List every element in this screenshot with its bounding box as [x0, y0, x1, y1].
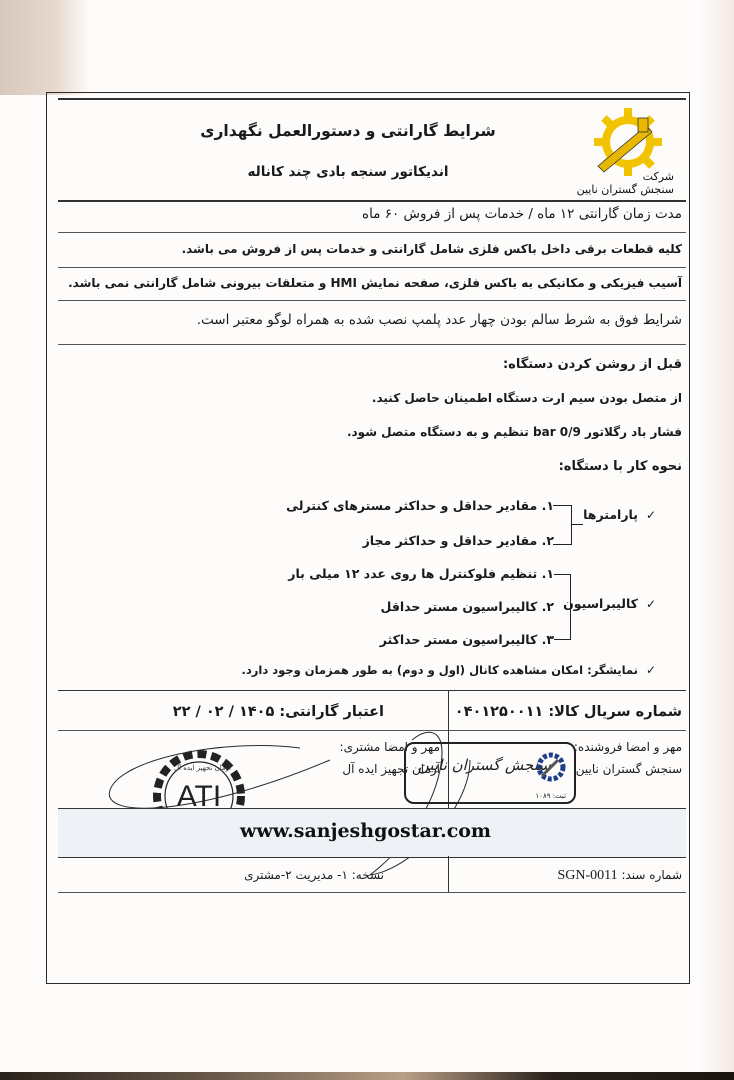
warranty-duration: مدت زمان گارانتی ۱۲ ماه / خدمات پس از فر… [362, 206, 682, 222]
column-divider [448, 856, 449, 892]
check-icon: ✓ [646, 508, 656, 522]
group-label: پارامترها [583, 507, 638, 522]
seller-stamp-reg: ثبت: ۱۰۸۹ [535, 792, 566, 800]
warranty-expiry: اعتبار گارانتی: ۱۴۰۵ / ۰۲ / ۲۲ [173, 704, 384, 720]
column-divider [448, 691, 449, 731]
serial-number: شماره سریال کالا: ۰۴۰۱۲۵۰۰۱۱ [455, 704, 682, 720]
document-header: شرکت سنجش گستران نایین شرایط گارانتی و د… [58, 98, 686, 202]
company-logo: شرکت سنجش گستران نایین [574, 106, 674, 198]
copy-distribution: نسخه: ۱- مدیریت ۲-مشتری [244, 868, 384, 882]
display-note: ✓نمایشگر: امکان مشاهده کانال (اول و دوم)… [242, 663, 657, 677]
serial-value: ۰۴۰۱۲۵۰۰۱۱ [455, 704, 544, 720]
document-number: شماره سند: SGN-0011 [557, 868, 682, 884]
logo-text: شرکت سنجش گستران نایین [577, 170, 674, 196]
warranty-validity: شرایط فوق به شرط سالم بودن چهار عدد پلمپ… [197, 312, 682, 328]
check-icon: ✓ [646, 597, 656, 611]
before-start-heading: قبل از روشن کردن دستگاه: [503, 357, 682, 372]
document-subtitle: اندیکاتور سنجه بادی چند کاناله [148, 164, 548, 180]
calibration-item-2: ۲. کالیبراسیون مستر حداقل [381, 599, 554, 614]
check-icon: ✓ [646, 663, 656, 677]
calibration-item-1: ۱. تنظیم فلوکنترل ها روی عدد ۱۲ میلی بار [288, 566, 554, 581]
document-number-label: شماره سند: [621, 868, 682, 882]
operation-heading: نحوه کار با دستگاه: [559, 459, 682, 474]
seller-stamp: سنجش گستران نایین ثبت: ۱۰۸۹ [404, 742, 576, 804]
parameter-item-1: ۱. مقادیر حداقل و حداکثر مسترهای کنترلی [286, 498, 554, 513]
logo-text-line1: شرکت [577, 170, 674, 183]
divider [58, 892, 686, 893]
serial-label: شماره سریال کالا: [548, 704, 682, 720]
logo-text-line2: سنجش گستران نایین [577, 183, 674, 196]
warranty-expiry-value: ۱۴۰۵ / ۰۲ / ۲۲ [173, 704, 275, 720]
copy-label: نسخه: [352, 868, 384, 882]
divider [58, 267, 686, 268]
gear-icon [534, 750, 568, 784]
document-number-value: SGN-0011 [557, 868, 617, 883]
bracket-icon [553, 505, 572, 545]
photo-table-surface [0, 1072, 734, 1080]
divider [58, 344, 686, 345]
divider [58, 300, 686, 301]
seller-stamp-text: سنجش گستران نایین [418, 756, 551, 774]
display-note-text: نمایشگر: امکان مشاهده کانال (اول و دوم) … [242, 663, 638, 677]
calibration-item-3: ۳. کالیبراسیون مستر حداکثر [380, 632, 554, 647]
photo-background-edge [700, 0, 734, 1080]
group-parameters: ✓پارامترها [583, 507, 656, 522]
warranty-exclusions: آسیب فیزیکی و مکانیکی به باکس فلزی، صفحه… [68, 276, 682, 290]
website-link[interactable]: www.sanjeshgostar.com [240, 820, 491, 842]
parameter-item-2: ۲. مقادیر حداقل و حداکثر مجاز [363, 533, 554, 548]
group-calibration: ✓کالیبراسیون [563, 596, 656, 611]
gear-caliper-logo-icon [574, 106, 674, 176]
photo-background-shadow [0, 0, 90, 95]
document-title: شرایط گارانتی و دستورالعمل نگهداری [148, 122, 548, 140]
before-start-step-1: از متصل بودن سیم ارت دستگاه اطمینان حاصل… [372, 391, 682, 405]
warranty-coverage: کلیه قطعات برقی داخل باکس فلزی شامل گارا… [182, 242, 682, 256]
copy-value: ۱- مدیریت ۲-مشتری [244, 868, 348, 882]
group-label: کالیبراسیون [563, 596, 638, 611]
warranty-expiry-label: اعتبار گارانتی: [279, 704, 384, 720]
ati-ring-text: آرمان تجهیز ایده آل [174, 764, 231, 772]
divider [58, 730, 686, 731]
divider [58, 232, 686, 233]
seller-signature-label: مهر و امضا فروشنده: [574, 740, 682, 754]
bracket-stem [571, 524, 583, 525]
before-start-step-2: فشار باد رگلاتور bar 0/9 تنظیم و به دستگ… [347, 425, 682, 439]
seller-name: سنجش گستران نایین [576, 762, 682, 776]
bracket-icon [554, 574, 571, 640]
